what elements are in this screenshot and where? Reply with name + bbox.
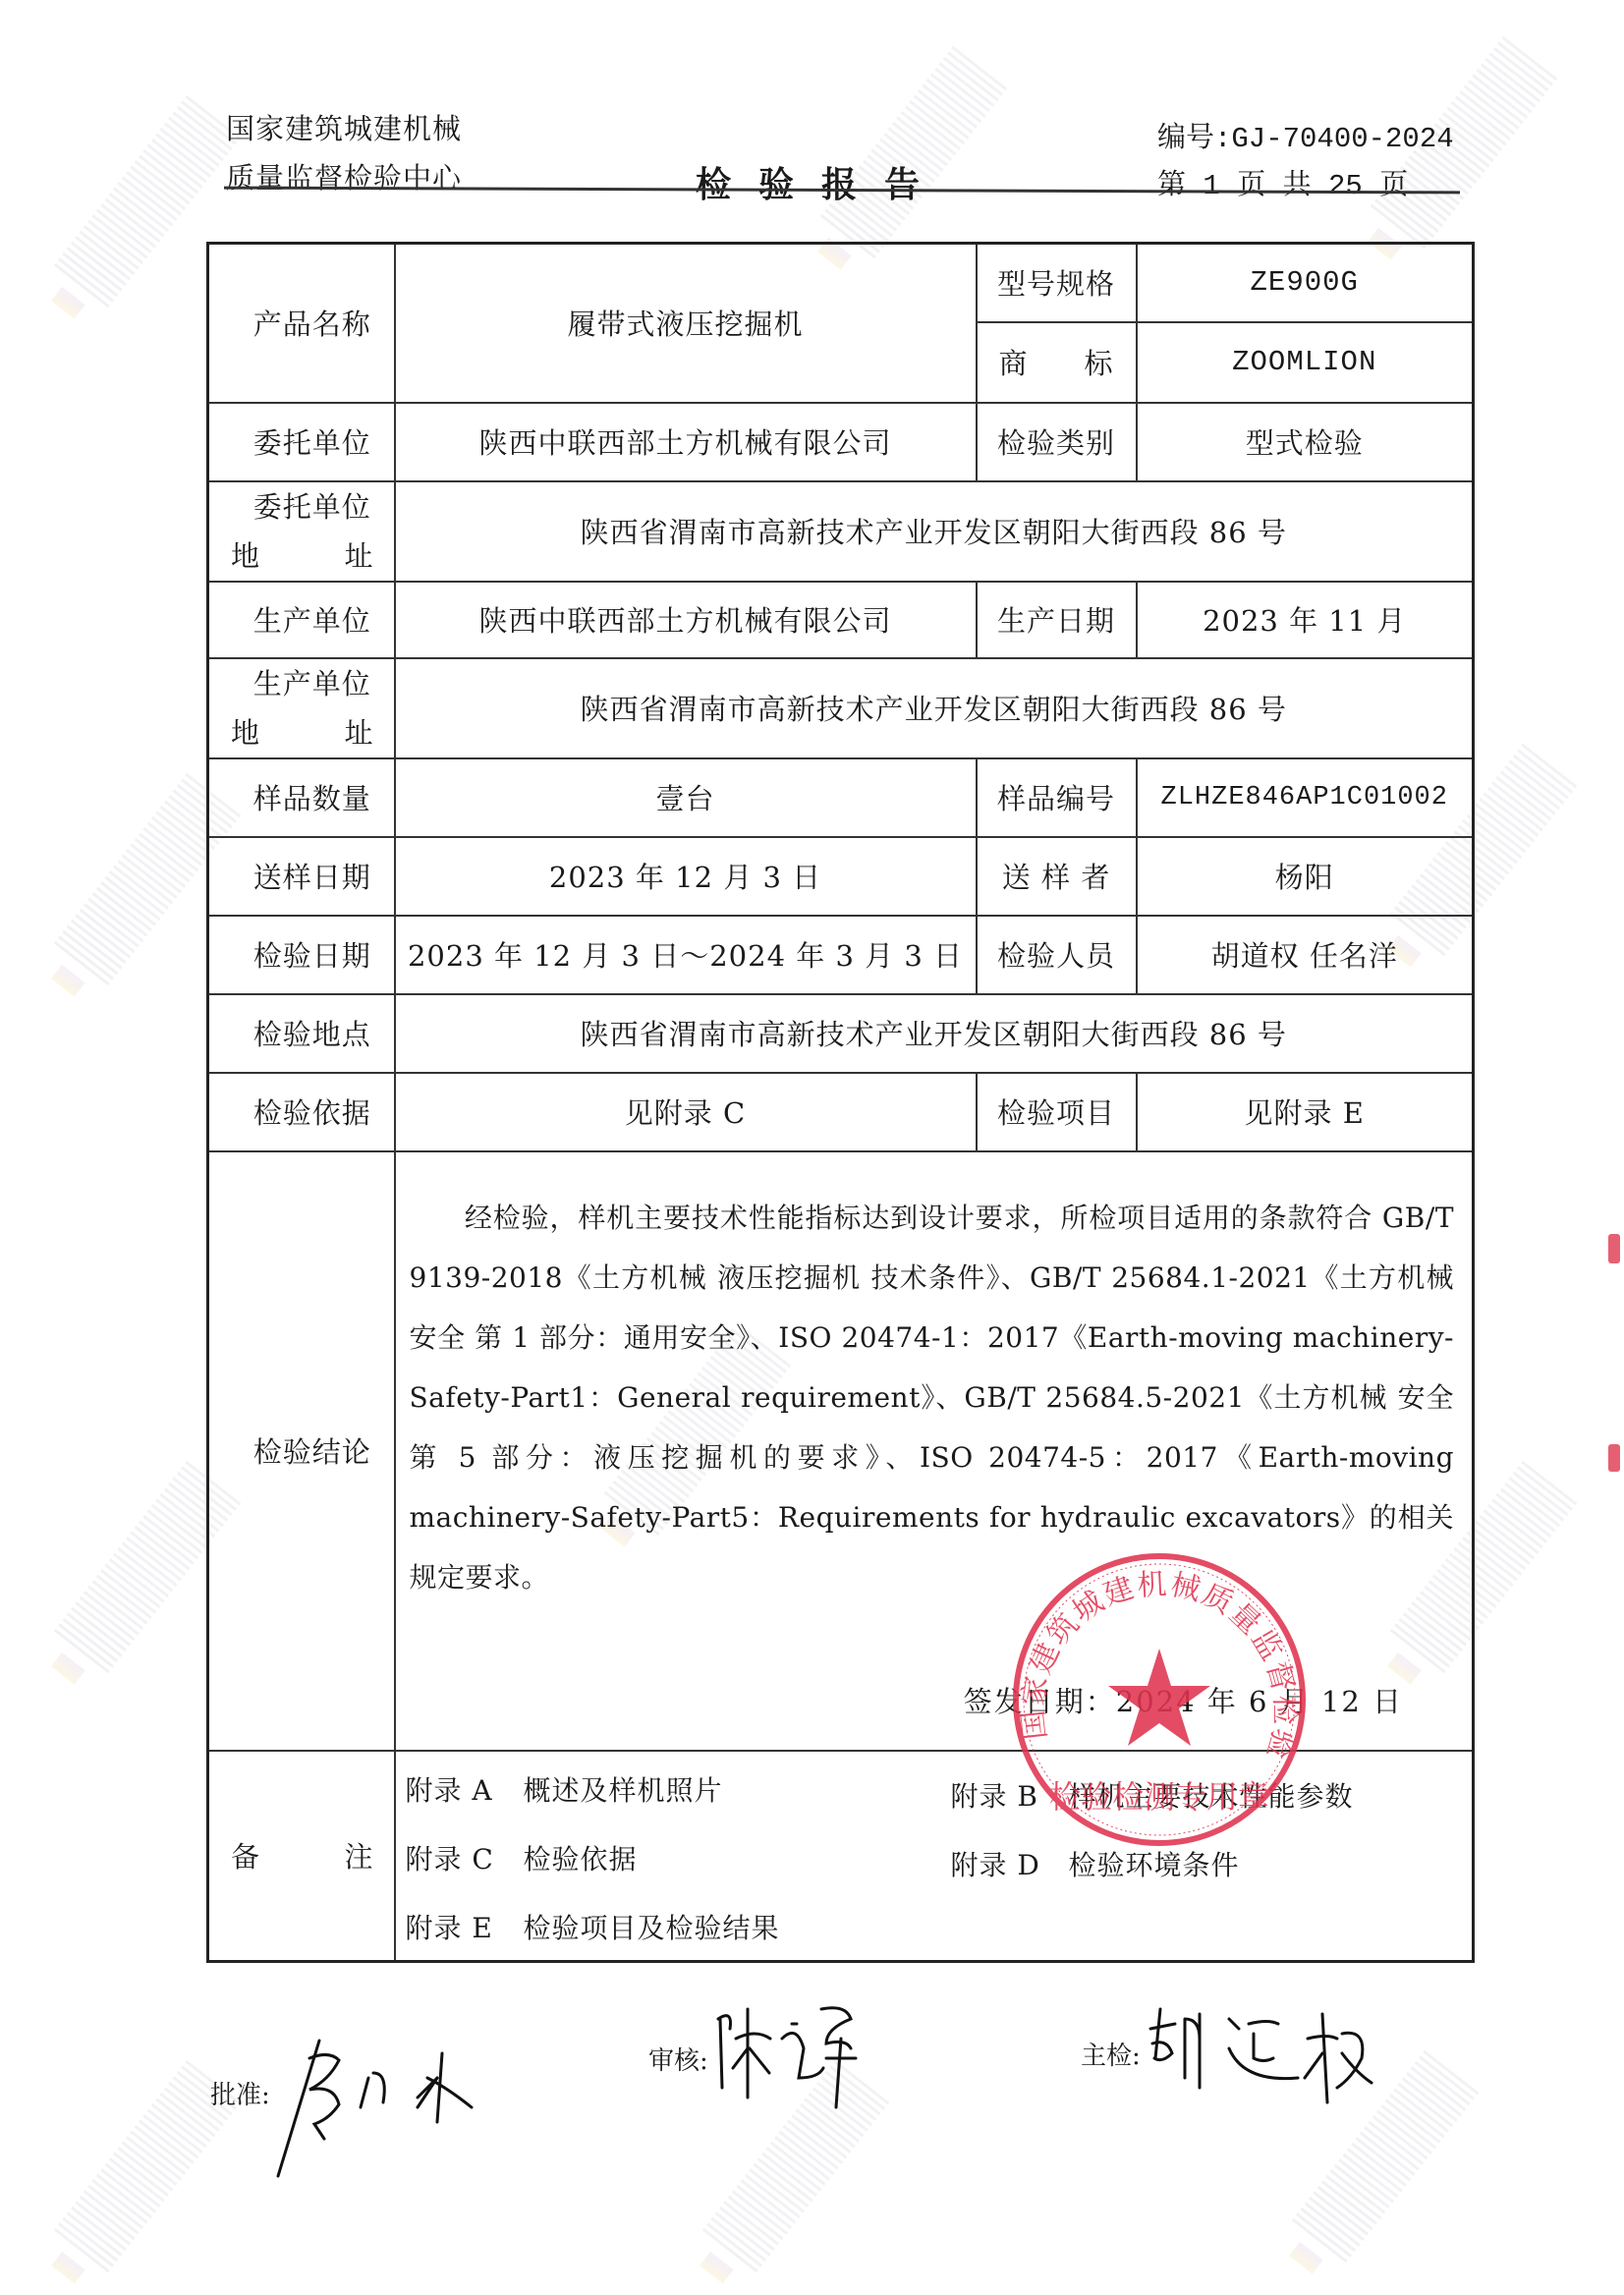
label-client: 委托单位	[208, 403, 395, 481]
notes-cell: 附录 A概述及样机照片 附录 B样机主要技术性能参数 附录 C检验依据 附录 D…	[395, 1751, 1474, 1962]
label-model: 型号规格	[977, 244, 1137, 322]
value-manufacturer: 陕西中联西部土方机械有限公司	[395, 582, 977, 658]
org-line-1: 国家建筑城建机械	[226, 104, 462, 153]
label-brand: 商标	[977, 322, 1137, 403]
label-sample-no: 样品编号	[977, 758, 1137, 837]
page-info: 第 1 页 共 25 页	[1157, 163, 1454, 210]
appendix-d: 附录 D检验环境条件	[951, 1828, 1473, 1897]
value-model: ZE900G	[1137, 244, 1474, 322]
label-production-date: 生产日期	[977, 582, 1137, 658]
watermark	[820, 46, 1008, 258]
signature-block: 批准: 审核: 主检:	[206, 1970, 1484, 2088]
label-location: 检验地点	[208, 994, 395, 1073]
edge-stamp-mark	[1608, 1234, 1620, 1263]
appendix-e: 附录 E检验项目及检验结果	[406, 1897, 951, 1960]
value-sender: 杨阳	[1137, 837, 1474, 916]
value-client: 陕西中联西部土方机械有限公司	[395, 403, 977, 481]
label-sender: 送 样 者	[977, 837, 1137, 916]
label-basis: 检验依据	[208, 1073, 395, 1151]
value-production-date: 2023 年 11 月	[1137, 582, 1474, 658]
signature-ink-icon	[270, 2039, 526, 2186]
value-manufacturer-address: 陕西省渭南市高新技术产业开发区朝阳大街西段 86 号	[395, 658, 1474, 758]
appendix-b: 附录 B样机主要技术性能参数	[951, 1760, 1473, 1828]
report-number: 编号:GJ-70400-2024	[1157, 116, 1454, 163]
org-line-2: 质量监督检验中心	[226, 153, 462, 202]
chief-inspector-signature: 主检:	[1081, 1999, 1396, 2107]
label-manufacturer-address: 生产单位 地址	[208, 658, 395, 758]
chief-label: 主检:	[1081, 2036, 1141, 2072]
label-conclusion: 检验结论	[208, 1151, 395, 1751]
signature-ink-icon	[1141, 1999, 1396, 2107]
value-client-address: 陕西省渭南市高新技术产业开发区朝阳大街西段 86 号	[395, 481, 1474, 582]
label-inspection-date: 检验日期	[208, 916, 395, 994]
appendix-list: 附录 A概述及样机照片 附录 B样机主要技术性能参数 附录 C检验依据 附录 D…	[396, 1752, 1473, 1960]
value-items: 见附录 E	[1137, 1073, 1474, 1151]
label-delivery-date: 送样日期	[208, 837, 395, 916]
conclusion-cell: 经检验，样机主要技术性能指标达到设计要求，所检项目适用的条款符合 GB/T 91…	[395, 1151, 1474, 1751]
report-meta: 编号:GJ-70400-2024 第 1 页 共 25 页	[1157, 116, 1454, 210]
value-inspectors: 胡道权 任名洋	[1137, 916, 1474, 994]
appendix-c: 附录 C检验依据	[406, 1828, 951, 1897]
value-inspection-type: 型式检验	[1137, 403, 1474, 481]
appendix-a: 附录 A概述及样机照片	[406, 1760, 951, 1828]
report-title: 检验报告	[696, 157, 947, 207]
value-product-name: 履带式液压挖掘机	[395, 244, 977, 403]
label-items: 检验项目	[977, 1073, 1137, 1151]
label-client-address: 委托单位 地址	[208, 481, 395, 582]
value-delivery-date: 2023 年 12 月 3 日	[395, 837, 977, 916]
review-label: 审核:	[648, 2041, 708, 2077]
approver-signature: 批准:	[210, 1999, 526, 2186]
conclusion-text: 经检验，样机主要技术性能指标达到设计要求，所检项目适用的条款符合 GB/T 91…	[396, 1152, 1473, 1607]
label-notes: 备注	[208, 1751, 395, 1962]
value-sample-no: ZLHZE846AP1C01002	[1137, 758, 1474, 837]
label-manufacturer: 生产单位	[208, 582, 395, 658]
value-inspection-date: 2023 年 12 月 3 日～2024 年 3 月 3 日	[395, 916, 977, 994]
report-table: 产品名称 履带式液压挖掘机 型号规格 ZE900G 商标 ZOOMLION 委托…	[206, 242, 1475, 1963]
signature-ink-icon	[708, 1999, 905, 2117]
label-product-name: 产品名称	[208, 244, 395, 403]
reviewer-signature: 审核:	[648, 1999, 905, 2117]
approve-label: 批准:	[210, 2075, 270, 2111]
value-sample-qty: 壹台	[395, 758, 977, 837]
value-location: 陕西省渭南市高新技术产业开发区朝阳大街西段 86 号	[395, 994, 1474, 1073]
value-basis: 见附录 C	[395, 1073, 977, 1151]
value-brand: ZOOMLION	[1137, 322, 1474, 403]
edge-stamp-mark	[1608, 1444, 1620, 1472]
label-inspectors: 检验人员	[977, 916, 1137, 994]
issue-date: 签发日期：2024 年 6 月 12 日	[964, 1680, 1403, 1720]
label-sample-qty: 样品数量	[208, 758, 395, 837]
label-inspection-type: 检验类别	[977, 403, 1137, 481]
